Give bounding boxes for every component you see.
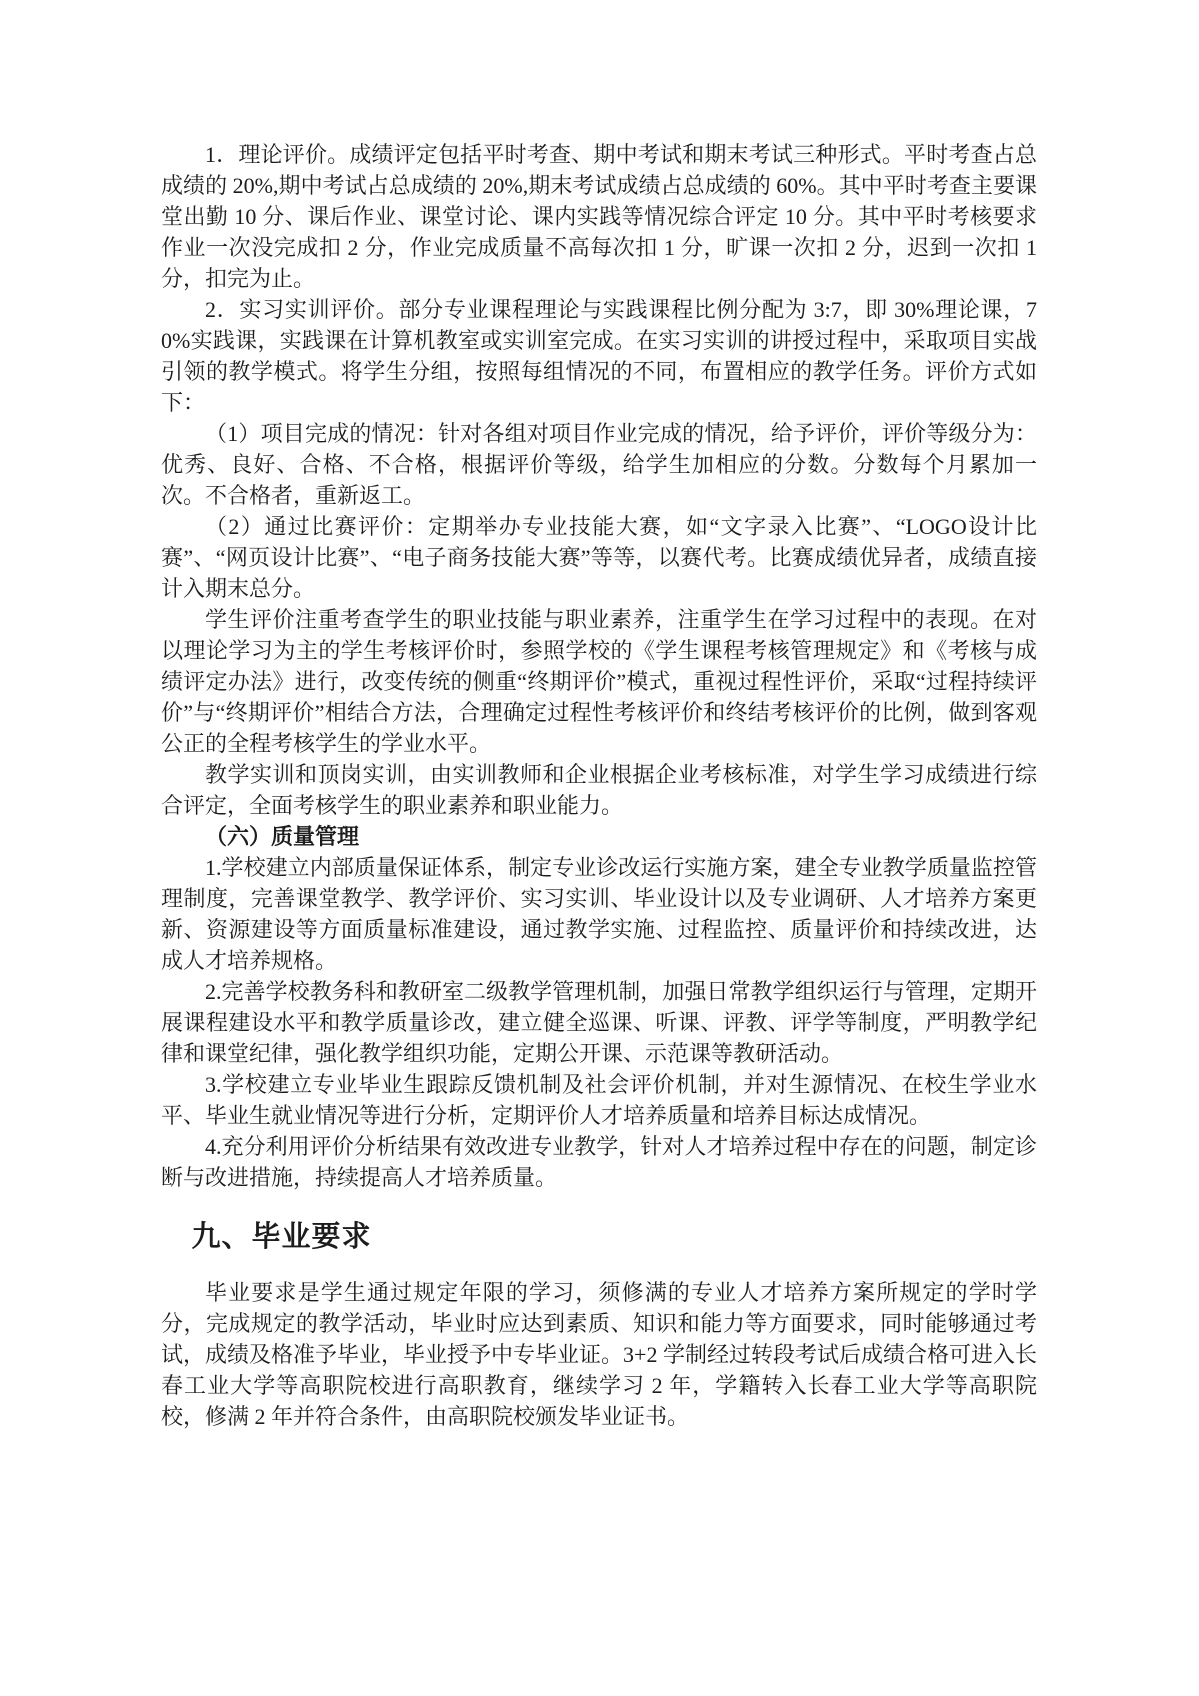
- para-practice-training-evaluation: 2．实习实训评价。部分专业课程理论与实践课程比例分配为 3:7，即 30%理论课…: [161, 294, 1037, 418]
- para-quality-item-3: 3.学校建立专业毕业生跟踪反馈机制及社会评价机制，并对生源情况、在校生学业水平、…: [161, 1069, 1037, 1131]
- document-page: 1．理论评价。成绩评定包括平时考查、期中考试和期末考试三种形式。平时考查占总成绩…: [0, 0, 1199, 1696]
- para-student-evaluation: 学生评价注重考查学生的职业技能与职业素养，注重学生在学习过程中的表现。在对以理论…: [161, 604, 1037, 759]
- para-internship-assessment: 教学实训和顶岗实训，由实训教师和企业根据企业考核标准，对学生学习成绩进行综合评定…: [161, 759, 1037, 821]
- document-text-block: 1．理论评价。成绩评定包括平时考查、期中考试和期末考试三种形式。平时考查占总成绩…: [161, 139, 1037, 1432]
- para-graduation-requirements: 毕业要求是学生通过规定年限的学习，须修满的专业人才培养方案所规定的学时学分，完成…: [161, 1277, 1037, 1432]
- para-competition-evaluation: （2）通过比赛评价：定期举办专业技能大赛，如“文字录入比赛”、“LOGO设计比赛…: [161, 511, 1037, 604]
- para-quality-item-4: 4.充分利用评价分析结果有效改进专业教学，针对人才培养过程中存在的问题，制定诊断…: [161, 1131, 1037, 1193]
- para-quality-item-2: 2.完善学校教务科和教研室二级教学管理机制，加强日常教学组织运行与管理，定期开展…: [161, 976, 1037, 1069]
- para-theory-evaluation: 1．理论评价。成绩评定包括平时考查、期中考试和期末考试三种形式。平时考查占总成绩…: [161, 139, 1037, 294]
- heading-graduation-requirements: 九、毕业要求: [161, 1220, 1037, 1254]
- subheading-quality-management: （六）质量管理: [161, 821, 1037, 852]
- para-project-completion: （1）项目完成的情况：针对各组对项目作业完成的情况，给予评价，评价等级分为：优秀…: [161, 418, 1037, 511]
- para-quality-item-1: 1.学校建立内部质量保证体系，制定专业诊改运行实施方案，建全专业教学质量监控管理…: [161, 852, 1037, 976]
